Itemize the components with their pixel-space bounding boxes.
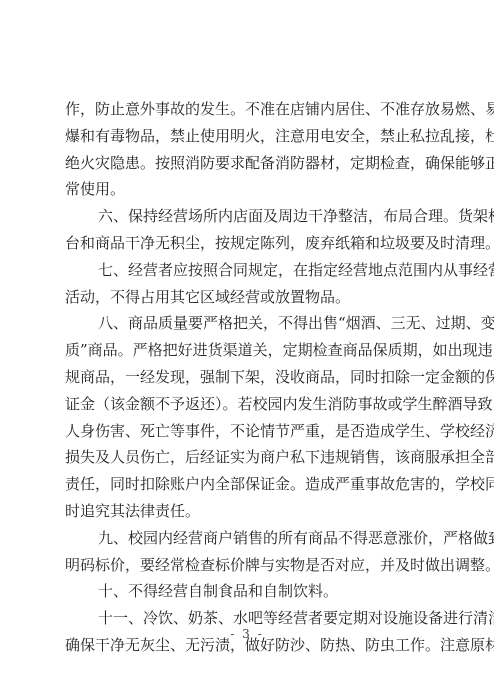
paragraph-first-line: 六、保持经营场所内店面及周边干净整洁，布局合理。货架柜 — [65, 203, 437, 230]
text-line: 损失及人员伤亡，后经证实为商户私下违规销售，该商服承担全部 — [65, 444, 437, 471]
text-line: 台和商品干净无积尘，按规定陈列，废弃纸箱和垃圾要及时清理。 — [65, 230, 437, 257]
text-line: 作，防止意外事故的发生。不准在店铺内居住、不准存放易燃、易 — [65, 96, 437, 123]
text-line: 人身伤害、死亡等事件，不论情节严重，是否造成学生、学校经济 — [65, 418, 437, 445]
body-text: 作，防止意外事故的发生。不准在店铺内居住、不准存放易燃、易爆和有毒物品，禁止使用… — [65, 96, 437, 659]
paragraph-first-line: 七、经营者应按照合同规定，在指定经营地点范围内从事经营 — [65, 257, 437, 284]
text-line: 爆和有毒物品，禁止使用明火，注意用电安全，禁止私拉乱接，杜 — [65, 123, 437, 150]
text-line: 明码标价，要经常检查标价牌与实物是否对应，并及时做出调整。 — [65, 552, 437, 579]
paragraph-first-line: 十、不得经营自制食品和自制饮料。 — [65, 578, 437, 605]
text-line: 常使用。 — [65, 176, 437, 203]
text-line: 规商品，一经发现，强制下架，没收商品，同时扣除一定金额的保 — [65, 364, 437, 391]
text-line: 活动，不得占用其它区域经营或放置物品。 — [65, 284, 437, 311]
text-line: 质”商品。严格把好进货渠道关，定期检查商品保质期，如出现违 — [65, 337, 437, 364]
page-number: - 3 - — [0, 627, 494, 641]
text-line: 责任，同时扣除账户内全部保证金。造成严重事故危害的，学校同 — [65, 471, 437, 498]
paragraph-first-line: 九、校园内经营商户销售的所有商品不得恶意涨价，严格做到 — [65, 525, 437, 552]
text-line: 证金（该金额不予返还）。若校园内发生消防事故或学生醉酒导致 — [65, 391, 437, 418]
paragraph-first-line: 八、商品质量要严格把关，不得出售“烟酒、三无、过期、变 — [65, 310, 437, 337]
text-line: 绝火灾隐患。按照消防要求配备消防器材，定期检查，确保能够正 — [65, 150, 437, 177]
document-page: 作，防止意外事故的发生。不准在店铺内居住、不准存放易燃、易爆和有毒物品，禁止使用… — [0, 0, 494, 700]
text-line: 时追究其法律责任。 — [65, 498, 437, 525]
